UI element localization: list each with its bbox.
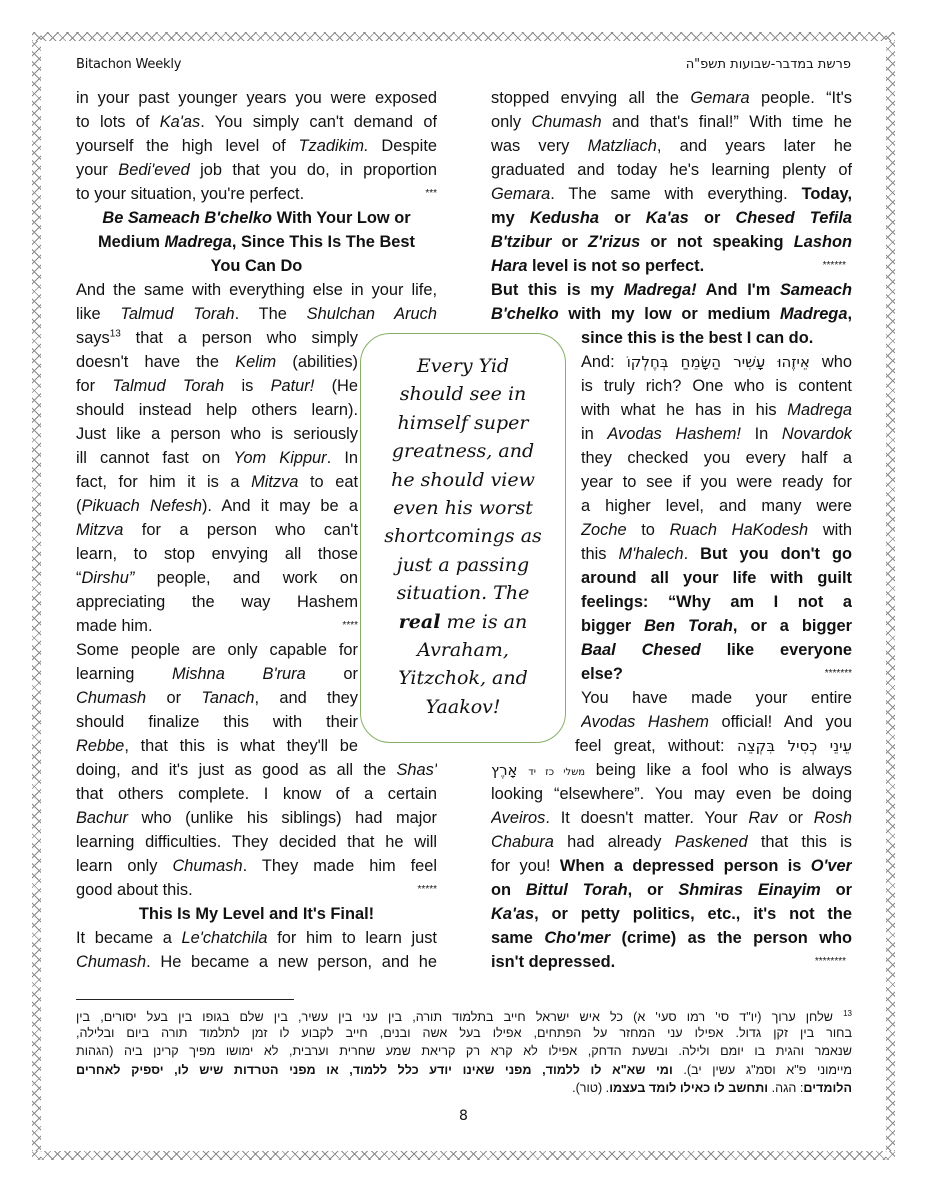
section-heading: Medium Madrega, Since This Is The Best bbox=[76, 230, 437, 254]
text-line: Chabura had already Paskened that this i… bbox=[491, 830, 852, 854]
section-heading: You Can Do bbox=[76, 254, 437, 278]
text-line: Baal Chesed like everyone bbox=[581, 638, 852, 662]
text-line: in Avodas Hashem! In Novardok bbox=[581, 422, 852, 446]
text-line: Gemara. The same with everything. Today, bbox=[491, 182, 852, 206]
section-stars: ****** bbox=[823, 254, 846, 278]
section-heading: Be Sameach B'chelko With Your Low or bbox=[76, 206, 437, 230]
text-line: learn, to stop envying all those bbox=[76, 542, 358, 566]
text-line: same Cho'mer (crime) as the person who bbox=[491, 926, 852, 950]
text-line: Just like a person who is seriously bbox=[76, 422, 358, 446]
text-line: they checked you every half a bbox=[581, 446, 852, 470]
text-line: else? ******* bbox=[581, 662, 852, 686]
text-line: with what he has in his Madrega bbox=[581, 398, 852, 422]
text-line: on Bittul Torah, or Shmiras Einayim or bbox=[491, 878, 852, 902]
text-line: since this is the best I can do. bbox=[581, 326, 852, 350]
text-line: doesn't have the Kelim (abilities) bbox=[76, 350, 358, 374]
text-line: Chumash or Tanach, and they bbox=[76, 686, 358, 710]
text-line: isn't depressed. ******** bbox=[491, 950, 852, 974]
text-line: for Talmud Torah is Patur! (He bbox=[76, 374, 358, 398]
text-line: B'chelko with my low or medium Madrega, bbox=[491, 302, 852, 326]
text-line: But this is my Madrega! And I'm Sameach bbox=[491, 278, 852, 302]
footnote-line: הלומדים: הגה. ותחשב לו כאילו לומד בעצמו.… bbox=[76, 1079, 852, 1098]
text-line: should finalize this with their bbox=[76, 710, 358, 734]
text-line: fact, for him it is a Mitzva to eat bbox=[76, 470, 358, 494]
footnote: 13 שלחן ערוך (יו"ד סי' רמו סעי' א) כל אי… bbox=[76, 1005, 852, 1098]
text-line: yourself the high level of Tzadikim. Des… bbox=[76, 134, 437, 158]
section-heading: This Is My Level and It's Final! bbox=[76, 902, 437, 926]
text-line: stopped envying all the Gemara people. “… bbox=[491, 86, 852, 110]
text-line: good about this. ***** bbox=[76, 878, 437, 902]
footnote-separator bbox=[76, 999, 294, 1000]
text-line: appreciating the way Hashem bbox=[76, 590, 358, 614]
hebrew-quote: אָרֶץ bbox=[491, 761, 518, 779]
publication-title: Bitachon Weekly bbox=[76, 57, 181, 72]
right-column: stopped envying all the Gemara people. “… bbox=[491, 86, 852, 974]
text-line: learning Mishna B'rura or bbox=[76, 662, 358, 686]
text-line: to your situation, you're perfect. *** bbox=[76, 182, 437, 206]
text-line: was very Matzliach, and years later he bbox=[491, 134, 852, 158]
section-stars: ******* bbox=[825, 662, 852, 686]
text-line: to lots of Ka'as. You simply can't deman… bbox=[76, 110, 437, 134]
footnote-line: שנאמר והגית בו יומם ולילה. ובשעת הדחק, א… bbox=[76, 1042, 852, 1061]
section-stars: *** bbox=[425, 182, 437, 206]
text-line: for you! When a depressed person is O've… bbox=[491, 854, 852, 878]
text-line: this M'halech. But you don't go bbox=[581, 542, 852, 566]
text-line: that others complete. I know of a certai… bbox=[76, 782, 437, 806]
footnote-line: מיימוני פ"א וסמ"ג עשין יב). ומי שא"א לו … bbox=[76, 1061, 852, 1080]
text-line: (Pikuach Nefesh). And it may be a bbox=[76, 494, 358, 518]
text-line: And the same with everything else in you… bbox=[76, 278, 437, 302]
hebrew-quote: עֵינֵי כְסִיל בִּקְצֵה bbox=[737, 737, 852, 755]
footnote-reference[interactable]: 13 bbox=[110, 329, 121, 340]
text-line: only Chumash and that's final!” With tim… bbox=[491, 110, 852, 134]
text-line: bigger Ben Torah, or a bigger bbox=[581, 614, 852, 638]
section-stars: **** bbox=[342, 614, 358, 638]
text-line: looking “elsewhere”. You may even be doi… bbox=[491, 782, 852, 806]
text-line: Hara level is not so perfect. ****** bbox=[491, 254, 852, 278]
text-line: should instead help others learn). bbox=[76, 398, 358, 422]
text-line: And: אֵיזֶהוּ עָשִׁיר הַשָּׂמֵחַ בְּחֶלְ… bbox=[581, 350, 852, 374]
text-line: graduated and today he's learning plenty… bbox=[491, 158, 852, 182]
text-line: Rebbe, that this is what they'll be bbox=[76, 734, 358, 758]
text-line: Avodas Hashem official! And you bbox=[581, 710, 852, 734]
text-line: around all your life with guilt bbox=[581, 566, 852, 590]
text-line: Mitzva for a person who can't bbox=[76, 518, 358, 542]
text-line: in your past younger years you were expo… bbox=[76, 86, 437, 110]
text-line: Bachur who (unlike his siblings) had maj… bbox=[76, 806, 437, 830]
footnote-line: בחור בין זקן גדול. אפילו עני המחזר על הפ… bbox=[76, 1024, 852, 1043]
text-line: doing, and it's just as good as all the … bbox=[76, 758, 437, 782]
hebrew-quote: אֵיזֶהוּ עָשִׁיר הַשָּׂמֵחַ בְּחֶלְקוֹ bbox=[627, 353, 810, 371]
footnote-number: 13 bbox=[843, 1009, 852, 1018]
quote-bold-word: real bbox=[399, 611, 441, 633]
text-line: “Dirshu” people, and work on bbox=[76, 566, 358, 590]
text-line: It became a Le'chatchila for him to lear… bbox=[76, 926, 437, 950]
text-line: like Talmud Torah. The Shulchan Aruch bbox=[76, 302, 437, 326]
text-line: Aveiros. It doesn't matter. Your Rav or … bbox=[491, 806, 852, 830]
hebrew-source: משלי כז יד bbox=[528, 767, 585, 778]
text-line: Zoche to Ruach HaKodesh with bbox=[581, 518, 852, 542]
text-line: made him. **** bbox=[76, 614, 358, 638]
section-stars: ***** bbox=[418, 878, 437, 902]
text-line: You have made your entire bbox=[581, 686, 852, 710]
text-line: learn only Chumash. They made him feel bbox=[76, 854, 437, 878]
text-line: B'tzibur or Z'rizus or not speaking Lash… bbox=[491, 230, 852, 254]
section-stars: ******** bbox=[815, 950, 846, 974]
text-line: feel great, without: עֵינֵי כְסִיל בִּקְ… bbox=[575, 734, 852, 758]
text-line: feelings: “Why am I not a bbox=[581, 590, 852, 614]
text-line: year to see if you were ready for bbox=[581, 470, 852, 494]
footnote-line: 13 שלחן ערוך (יו"ד סי' רמו סעי' א) כל אי… bbox=[76, 1005, 852, 1024]
text-line: ill cannot fast on Yom Kippur. In bbox=[76, 446, 358, 470]
text-line: my Kedusha or Ka'as or Chesed Tefila bbox=[491, 206, 852, 230]
text-line: Ka'as, or petty politics, etc., it's not… bbox=[491, 902, 852, 926]
text-line: Some people are only capable for bbox=[76, 638, 358, 662]
text-line: your Bedi'eved job that you do, in propo… bbox=[76, 158, 437, 182]
parsha-title: פרשת במדבר-שבועות תשפ"ה bbox=[686, 57, 851, 72]
text-line: learning difficulties. They decided that… bbox=[76, 830, 437, 854]
text-line: is truly rich? One who is content bbox=[581, 374, 852, 398]
text-line: says13 that a person who simply bbox=[76, 326, 358, 350]
text-line: a higher level, and many were bbox=[581, 494, 852, 518]
text-line: Chumash. He became a new person, and he bbox=[76, 950, 437, 974]
page-number: 8 bbox=[0, 1108, 927, 1124]
text-line: משלי כז יד אָרֶץ being like a fool who i… bbox=[491, 758, 852, 782]
